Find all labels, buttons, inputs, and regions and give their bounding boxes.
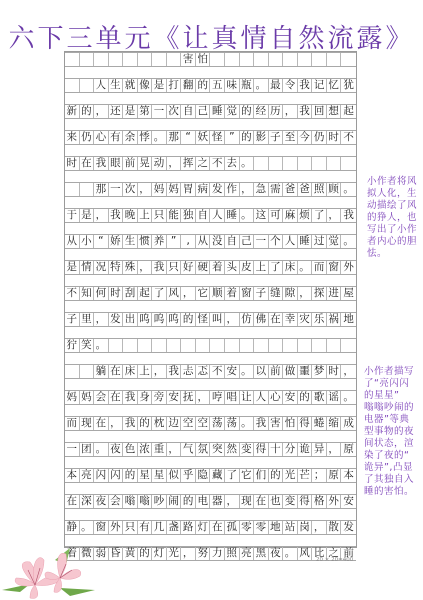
grid-cell — [269, 53, 284, 66]
grid-cell: 安 — [225, 365, 240, 378]
grid-cell: 诡 — [298, 443, 313, 456]
grid-cell: 可 — [269, 209, 284, 222]
annotation-line: 拟人化，生 — [367, 188, 423, 200]
grid-cell: 需 — [269, 183, 284, 196]
grid-cell: 外 — [341, 261, 356, 274]
grid-cell: ， — [327, 209, 342, 222]
grid-cell: 发 — [210, 183, 225, 196]
grid-cell: 了 — [312, 209, 327, 222]
grid-cell: ， — [196, 391, 211, 404]
grid-cell — [240, 339, 255, 352]
grid-cell: 孤 — [225, 521, 240, 534]
grid-cell: 以 — [254, 365, 269, 378]
grid-cell — [80, 365, 95, 378]
annotation-line: 染了夜的“ — [364, 450, 423, 462]
grid-cell — [65, 79, 80, 92]
grid-row: 本亮闪闪的星星似乎隐藏了它们的光芒；原本 — [65, 468, 356, 483]
grid-cell: 在 — [254, 495, 269, 508]
grid-cell: 成 — [341, 417, 356, 430]
grid-cell: 的 — [269, 469, 284, 482]
grid-cell: 嗡 — [138, 495, 153, 508]
grid-cell — [312, 339, 327, 352]
grid-cell: 我 — [341, 209, 356, 222]
grid-cell — [283, 53, 298, 66]
grid-row: 人生就像是打翻的五味瓶。最令我记忆犹 — [65, 78, 356, 93]
grid-cell: 过 — [312, 235, 327, 248]
grid-cell: 的 — [196, 79, 211, 92]
grid-cell: 光 — [167, 547, 182, 560]
grid-cell: 突 — [210, 443, 225, 456]
grid-cell: 情 — [80, 261, 95, 274]
grid-cell: 色 — [123, 443, 138, 456]
grid-row: 是情况特殊，我只好硬着头皮上了床。而窗外 — [65, 260, 356, 275]
grid-cell: 经 — [254, 105, 269, 118]
grid-cell: 这 — [254, 209, 269, 222]
grid-cell: 在 — [109, 391, 124, 404]
grid-cell: 犹 — [341, 79, 356, 92]
grid-cell: 路 — [181, 521, 196, 534]
grid-cell: 晃 — [138, 157, 153, 170]
grid-cell: 异 — [312, 443, 327, 456]
grid-cell: 。 — [341, 391, 356, 404]
grid-cell: 旁 — [152, 391, 167, 404]
grid-cell — [196, 339, 211, 352]
grid-cell: 。 — [240, 365, 255, 378]
grid-cell: 顾 — [327, 183, 342, 196]
grid-cell: 历 — [269, 105, 284, 118]
grid-cell: 个 — [269, 235, 284, 248]
annotation-line: 写出了小作 — [367, 224, 423, 236]
grid-cell: 外 — [109, 521, 124, 534]
grid-cell: 。 — [240, 209, 255, 222]
grid-cell — [327, 339, 342, 352]
grid-cell: 人 — [254, 391, 269, 404]
grid-size-label: 20 × 20=400 — [316, 557, 353, 563]
grid-cell: 本 — [341, 469, 356, 482]
grid-cell: 荡 — [225, 417, 240, 430]
grid-cell: 殊 — [123, 261, 138, 274]
grid-cell: 得 — [254, 443, 269, 456]
grid-cell: 子 — [269, 131, 284, 144]
grid-cell: 至 — [283, 131, 298, 144]
grid-cell: 然 — [225, 443, 240, 456]
grid-cell: 缩 — [327, 417, 342, 430]
grid-cell: 妈 — [167, 183, 182, 196]
grid-cell: 害 — [181, 53, 196, 66]
grid-cell: 闪 — [94, 469, 109, 482]
grid-cell: 动 — [152, 157, 167, 170]
grid-cell: 光 — [283, 469, 298, 482]
grid-cell: 得 — [298, 417, 313, 430]
grid-cell: 怪 — [210, 131, 225, 144]
grid-cell: 有 — [138, 521, 153, 534]
grid-cell: 它 — [240, 469, 255, 482]
grid-cell: 我 — [298, 79, 313, 92]
grid-cell: 风 — [167, 287, 182, 300]
grid-cell: 它 — [196, 287, 211, 300]
grid-cell: ， — [94, 105, 109, 118]
annotation-line: 了“亮闪闪 — [364, 378, 423, 390]
grid-cell: 抚 — [181, 391, 196, 404]
grid-cell: 星 — [138, 469, 153, 482]
grid-cell — [283, 157, 298, 170]
grid-cell: 。 — [240, 417, 255, 430]
grid-cell: 去 — [225, 157, 240, 170]
grid-row: 一团。夜色浓重，气氛突然变得十分诡异，原 — [65, 442, 356, 457]
annotation-line: 的狰人，也 — [367, 212, 423, 224]
grid-cell: 狞 — [65, 339, 80, 352]
grid-cell: 时 — [327, 365, 342, 378]
grid-cell: 余 — [123, 131, 138, 144]
grid-row: 不知何时刮起了风，它顺着窗子缝隙，探进屋 — [65, 286, 356, 301]
annotation-line: 小作者描写 — [364, 366, 423, 378]
grid-cell: 忆 — [327, 79, 342, 92]
grid-cell: 里 — [80, 313, 95, 326]
grid-cell: 。 — [298, 261, 313, 274]
grid-cell: 次 — [167, 105, 182, 118]
grid-cell: ， — [225, 495, 240, 508]
grid-cell: 胃 — [181, 183, 196, 196]
grid-cell — [254, 339, 269, 352]
grid-cell: 自 — [225, 235, 240, 248]
grid-cell: 我 — [109, 209, 124, 222]
grid-cell: 的 — [298, 391, 313, 404]
grid-cell: 谣 — [327, 391, 342, 404]
grid-cell: 只 — [167, 261, 182, 274]
grid-cell: ， — [94, 209, 109, 222]
grid-cell: 亮 — [80, 469, 95, 482]
grid-cell: 芒 — [298, 469, 313, 482]
grid-cell: 一 — [254, 235, 269, 248]
grid-cell: 夜 — [269, 547, 284, 560]
grid-cell: 娇 — [109, 235, 124, 248]
grid-cell: 在 — [94, 417, 109, 430]
grid-cell: 病 — [196, 183, 211, 196]
grid-cell: 团 — [80, 443, 95, 456]
grid-cell: 妖 — [196, 131, 211, 144]
composition-grid-sheet: 害怕人生就像是打翻的五味瓶。最令我记忆犹新的，还是第一次自己睡觉的经历，我回想起… — [64, 51, 357, 548]
grid-cell: 瓶 — [240, 79, 255, 92]
grid-cell: 乐 — [312, 313, 327, 326]
grid-cell: 而 — [312, 261, 327, 274]
grid-cell: 小 — [80, 235, 95, 248]
grid-cell: 睡 — [210, 105, 225, 118]
grid-cell: 我 — [123, 417, 138, 430]
grid-cell: 急 — [254, 183, 269, 196]
grid-cell: 几 — [152, 521, 167, 534]
grid-cell: 像 — [138, 79, 153, 92]
grid-row: 那一次，妈妈胃病发作，急需爸爸照顾。 — [65, 182, 356, 197]
grid-cell: 发 — [109, 313, 124, 326]
grid-cell: 的 — [123, 469, 138, 482]
annotation-2: 小作者描写了“亮闪闪的星星”嗡嗡吵闹的电器”等典型事物的夜间状态，渲染了夜的“诡… — [364, 366, 423, 498]
grid-cell: 第 — [138, 105, 153, 118]
grid-cell: 于 — [65, 209, 80, 222]
grid-cell: 原 — [341, 443, 356, 456]
grid-cell: 祸 — [327, 313, 342, 326]
grid-cell: 打 — [167, 79, 182, 92]
grid-cell: ， — [327, 443, 342, 456]
annotation-line: 小作者将风 — [367, 176, 423, 188]
grid-cell: ， — [138, 261, 153, 274]
grid-cell: 躺 — [94, 365, 109, 378]
grid-cell: 格 — [312, 495, 327, 508]
grid-cell: “ — [181, 131, 196, 144]
grid-cell: 我 — [123, 391, 138, 404]
grid-cell: 己 — [240, 235, 255, 248]
grid-cell: 回 — [312, 105, 327, 118]
grid-cell: 顺 — [210, 287, 225, 300]
grid-cell — [298, 157, 313, 170]
grid-cell: 最 — [269, 79, 284, 92]
grid-cell: 变 — [240, 443, 255, 456]
grid-cell: 仿 — [240, 313, 255, 326]
grid-cell: 没 — [210, 235, 225, 248]
grid-cell: 零 — [240, 521, 255, 534]
grid-cell: 忐 — [181, 365, 196, 378]
grid-cell: 来 — [65, 131, 80, 144]
grid-cell: 昏 — [109, 547, 124, 560]
annotation-1: 小作者将风拟人化，生动描绘了风的狰人，也写出了小作者内心的胆怯。 — [367, 176, 423, 260]
grid-cell: 有 — [109, 131, 124, 144]
grid-cell: 养 — [152, 235, 167, 248]
grid-cell: 氛 — [196, 443, 211, 456]
grid-cell: 的 — [138, 417, 153, 430]
grid-cell: 在 — [80, 157, 95, 170]
grid-cell: 知 — [80, 287, 95, 300]
grid-cell: 上 — [138, 365, 153, 378]
grid-cell: 生 — [123, 235, 138, 248]
grid-cell: 岗 — [298, 521, 313, 534]
grid-cell: ， — [341, 365, 356, 378]
grid-cell — [298, 339, 313, 352]
grid-cell: 的 — [181, 313, 196, 326]
annotation-line: 电器”等典 — [364, 414, 423, 426]
grid-cell: ， — [312, 521, 327, 534]
grid-cell: 十 — [269, 443, 284, 456]
grid-cell: 一 — [109, 183, 124, 196]
grid-cell: 影 — [254, 131, 269, 144]
grid-cell — [181, 339, 196, 352]
grid-cell: 只 — [123, 521, 138, 534]
grid-cell: 闹 — [167, 495, 182, 508]
grid-cell: 盏 — [167, 521, 182, 534]
grid-cell: 怕 — [283, 417, 298, 430]
grid-row: 静。窗外只有几盏路灯在孤零零地站岗，散发 — [65, 520, 356, 535]
grid-cell: ， — [240, 183, 255, 196]
grid-cell — [109, 339, 124, 352]
grid-cell: 睡 — [225, 209, 240, 222]
grid-cell — [167, 339, 182, 352]
grid-cell: 翻 — [181, 79, 196, 92]
grid-cell: 荡 — [210, 417, 225, 430]
grid-cell: 现 — [240, 495, 255, 508]
grid-cell: 子 — [254, 287, 269, 300]
grid-cell: 歌 — [312, 391, 327, 404]
grid-cell: 起 — [341, 105, 356, 118]
grid-cell: 似 — [167, 469, 182, 482]
grid-cell — [65, 183, 80, 196]
grid-cell: 床 — [123, 365, 138, 378]
annotation-line: 动描绘了风 — [367, 200, 423, 212]
grid-cell: 眼 — [109, 157, 124, 170]
grid-cell — [240, 53, 255, 66]
grid-cell: 。 — [152, 131, 167, 144]
annotation-line: 诡异”,凸显 — [364, 462, 423, 474]
grid-cell — [167, 53, 182, 66]
grid-cell — [269, 157, 284, 170]
grid-cell — [225, 53, 240, 66]
grid-cell: 况 — [94, 261, 109, 274]
grid-cell: 灯 — [196, 521, 211, 534]
grid-cell: 了 — [152, 287, 167, 300]
grid-cell: 人 — [283, 235, 298, 248]
grid-cell: 上 — [254, 261, 269, 274]
grid-cell: 乎 — [181, 469, 196, 482]
annotation-line: 嗡嗡吵闹的 — [364, 402, 423, 414]
grid-cell: 哼 — [210, 391, 225, 404]
grid-cell: ， — [167, 443, 182, 456]
grid-cell: 的 — [240, 131, 255, 144]
grid-cell: ； — [312, 469, 327, 482]
grid-cell: 吵 — [152, 495, 167, 508]
grid-cell: 忑 — [196, 365, 211, 378]
grid-cell: 灯 — [152, 547, 167, 560]
grid-cell: 。 — [80, 521, 95, 534]
grid-cell: 一 — [152, 105, 167, 118]
grid-cell: 怪 — [196, 313, 211, 326]
grid-row: 从小“娇生惯养”,从没自己一个人睡过觉。 — [65, 234, 356, 249]
grid-cell: 烦 — [298, 209, 313, 222]
grid-cell: 呜 — [152, 313, 167, 326]
grid-cell: 那 — [167, 131, 182, 144]
grid-cell: 是 — [152, 79, 167, 92]
grid-cell: 硬 — [196, 261, 211, 274]
grid-cell: 在 — [109, 365, 124, 378]
grid-cell: 挥 — [181, 157, 196, 170]
grid-row: 躺在床上，我忐忑不安。以前做噩梦时， — [65, 364, 356, 379]
grid-cell — [138, 339, 153, 352]
grid-cell: 探 — [312, 287, 327, 300]
grid-cell: 零 — [254, 521, 269, 534]
grid-cell: 安 — [341, 495, 356, 508]
grid-cell — [327, 157, 342, 170]
grid-cell: 星 — [152, 469, 167, 482]
grid-cell: 照 — [225, 547, 240, 560]
grid-cell: 的 — [181, 495, 196, 508]
grid-cell — [80, 79, 95, 92]
grid-cell — [65, 53, 80, 66]
grid-cell: 屋 — [341, 287, 356, 300]
grid-cell: 藏 — [210, 469, 225, 482]
grid-cell — [254, 157, 269, 170]
grid-cell: 不 — [210, 157, 225, 170]
grid-row: 妈妈会在我身旁安抚，哼唱让人心安的歌谣。 — [65, 390, 356, 405]
annotation-line: 睡的害怕。 — [364, 486, 423, 498]
grid-cell: 会 — [109, 495, 124, 508]
grid-cell: 妈 — [80, 391, 95, 404]
grid-cell: ， — [181, 547, 196, 560]
grid-cell: 空 — [196, 417, 211, 430]
grid-cell: 上 — [138, 209, 153, 222]
grid-cell: 。 — [341, 183, 356, 196]
grid-cell: 生 — [109, 79, 124, 92]
grid-cell: 会 — [94, 391, 109, 404]
grid-cell: 想 — [327, 105, 342, 118]
grid-cell: 子 — [65, 313, 80, 326]
grid-cell: 是 — [123, 105, 138, 118]
grid-cell: 地 — [269, 521, 284, 534]
grid-cell: 进 — [327, 287, 342, 300]
grid-cell: 窗 — [94, 521, 109, 534]
annotation-line: 型事物的夜 — [364, 426, 423, 438]
annotation-line: 怯。 — [367, 248, 423, 260]
grid-cell: 何 — [94, 287, 109, 300]
grid-cell: 梦 — [312, 365, 327, 378]
grid-cell: 皮 — [240, 261, 255, 274]
grid-cell: 特 — [109, 261, 124, 274]
grid-cell: “ — [94, 235, 109, 248]
grid-row: 新的，还是第一次自己睡觉的经历，我回想起 — [65, 104, 356, 119]
grid-cell: 不 — [65, 287, 80, 300]
grid-cell: 窗 — [240, 287, 255, 300]
grid-cell: 觉 — [225, 105, 240, 118]
grid-cell: 人 — [94, 79, 109, 92]
grid-cell: 害 — [269, 417, 284, 430]
grid-cell: 力 — [210, 547, 225, 560]
grid-cell: 得 — [298, 495, 313, 508]
grid-cell: 新 — [65, 105, 80, 118]
grid-cell: 让 — [240, 391, 255, 404]
grid-cell: 气 — [181, 443, 196, 456]
grid-cell: 仍 — [312, 131, 327, 144]
grid-cell: 时 — [327, 131, 342, 144]
grid-cell: 出 — [123, 313, 138, 326]
grid-cell: 笑 — [80, 339, 95, 352]
grid-cell: 静 — [65, 521, 80, 534]
grid-cell: 觉 — [327, 235, 342, 248]
grid-cell: 我 — [167, 365, 182, 378]
grid-cell: 记 — [312, 79, 327, 92]
grid-cell: 我 — [152, 261, 167, 274]
grid-cell: 分 — [283, 443, 298, 456]
grid-cell: ， — [109, 417, 124, 430]
grid-cell: 睡 — [298, 235, 313, 248]
grid-cell: 心 — [94, 131, 109, 144]
grid-cell: 隐 — [196, 469, 211, 482]
grid-cell: ， — [298, 287, 313, 300]
grid-cell: 爸 — [298, 183, 313, 196]
grid-cell: 黑 — [254, 547, 269, 560]
grid-cell: 心 — [269, 391, 284, 404]
grid-cell: 起 — [138, 287, 153, 300]
grid-row: 子里，发出呜呜呜的怪叫，仿佛在幸灾乐祸地 — [65, 312, 356, 327]
annotation-line: 者内心的胆 — [367, 236, 423, 248]
pink-lily-icon — [0, 540, 110, 600]
grid-cell: 妈 — [152, 183, 167, 196]
grid-cell: 我 — [254, 417, 269, 430]
grid-cell: ， — [225, 313, 240, 326]
grid-cell: 闪 — [109, 469, 124, 482]
grid-cell: 。 — [94, 339, 109, 352]
grid-cell: 们 — [254, 469, 269, 482]
grid-cell: ， — [152, 365, 167, 378]
grid-cell: 亮 — [240, 547, 255, 560]
grid-cell: 本 — [65, 469, 80, 482]
grid-cell — [152, 339, 167, 352]
grid-cell: 能 — [167, 209, 182, 222]
grid-cell — [210, 53, 225, 66]
